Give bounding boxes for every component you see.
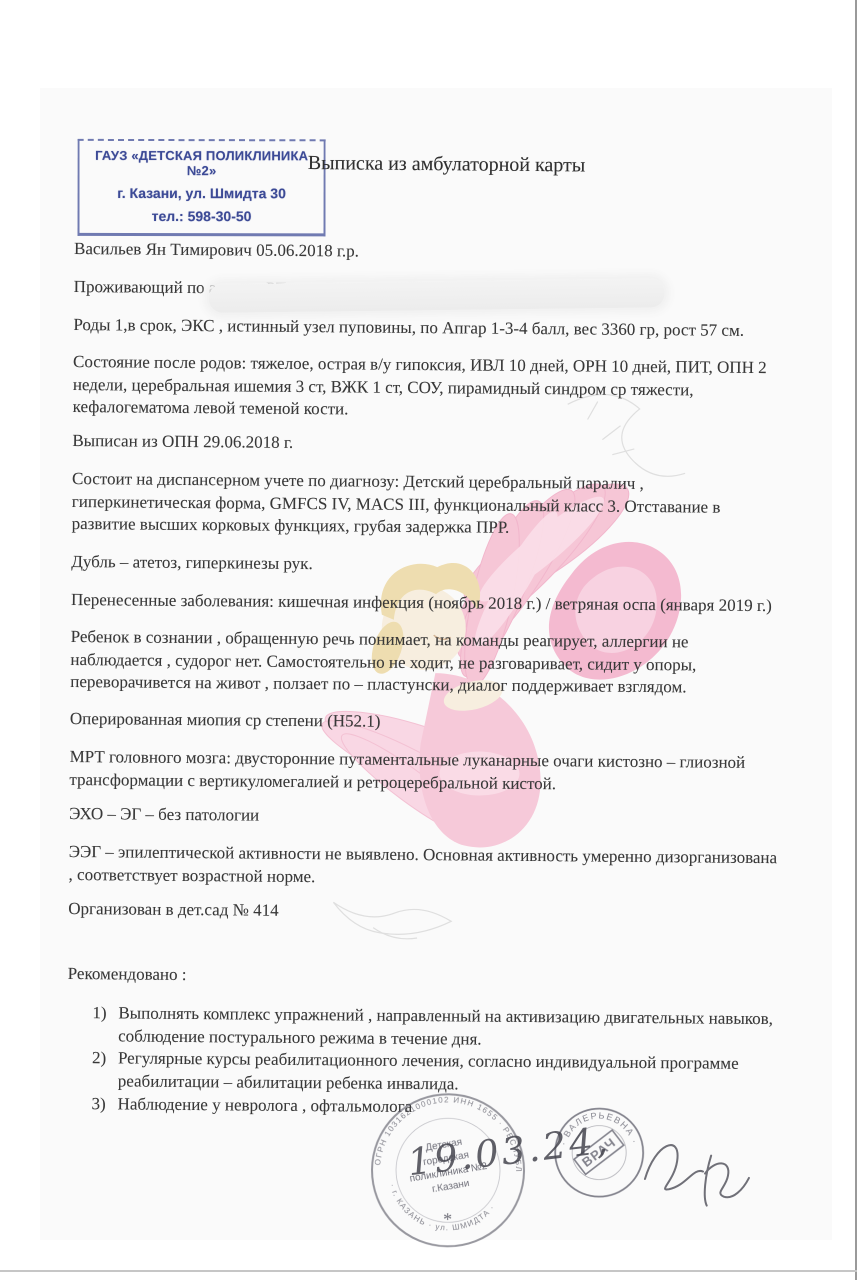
document-title: Выписка из амбулаторной карты <box>308 152 586 177</box>
postnatal-condition: Состояние после родов: тяжелое, острая в… <box>73 351 788 425</box>
birth-history: Роды 1,в срок, ЭКС , истинный узел пупов… <box>73 314 787 343</box>
clinic-name: ГАУЗ «ДЕТСКАЯ ПОЛИКЛИНИКА №2» <box>82 148 322 178</box>
address-redaction <box>208 278 664 313</box>
stamp-star: * <box>443 1209 452 1229</box>
item-number: 2) <box>92 1047 118 1070</box>
diagnosis: Состоит на диспансерном учете по диагноз… <box>72 468 787 542</box>
current-status: Ребенок в сознании , обращенную речь пон… <box>70 626 785 700</box>
scanned-document-page: ГАУЗ «ДЕТСКАЯ ПОЛИКЛИНИКА №2» г. Казани,… <box>0 0 860 1280</box>
doctor-signature <box>631 1117 772 1213</box>
clinic-address: г. Казани, ул. Шмидта 30 <box>82 185 322 201</box>
patient-name-line: Васильев Ян Тимирович 05.06.2018 г.р. <box>74 238 788 267</box>
discharge-line: Выписан из ОПН 29.06.2018 г. <box>72 430 786 459</box>
echo-line: ЭХО – ЭГ – без патологии <box>69 803 783 832</box>
item-number: 1) <box>92 1002 118 1025</box>
double-diagnosis: Дубль – атетоз, гиперкинезы рук. <box>71 551 785 580</box>
clinic-phone: тел.: 598-30-50 <box>82 208 322 224</box>
eeg-line: ЭЭГ – эпилептической активности не выявл… <box>68 841 782 892</box>
scan-edge-line-bottom <box>0 1270 857 1272</box>
item-number: 3) <box>91 1093 117 1116</box>
item-text: Выполнять комплекс упражнений , направле… <box>118 1002 778 1053</box>
mrt-findings: МРТ головного мозга: двусторонние путаме… <box>69 746 783 797</box>
document-content: ГАУЗ «ДЕТСКАЯ ПОЛИКЛИНИКА №2» г. Казани,… <box>0 0 860 1280</box>
scan-edge-line-right <box>855 0 857 1280</box>
myopia-line: Оперированная миопия ср степени (Н52.1) <box>70 708 784 737</box>
recommendations-heading: Рекомендовано : <box>68 963 782 992</box>
past-illnesses: Перенесенные заболевания: кишечная инфек… <box>71 589 785 618</box>
recommendation-item: 1)Выполнять комплекс упражнений , направ… <box>92 1002 784 1053</box>
clinic-header-stamp: ГАУЗ «ДЕТСКАЯ ПОЛИКЛИНИКА №2» г. Казани,… <box>78 139 326 236</box>
kindergarten-line: Организован в дет.сад № 414 <box>68 898 782 927</box>
